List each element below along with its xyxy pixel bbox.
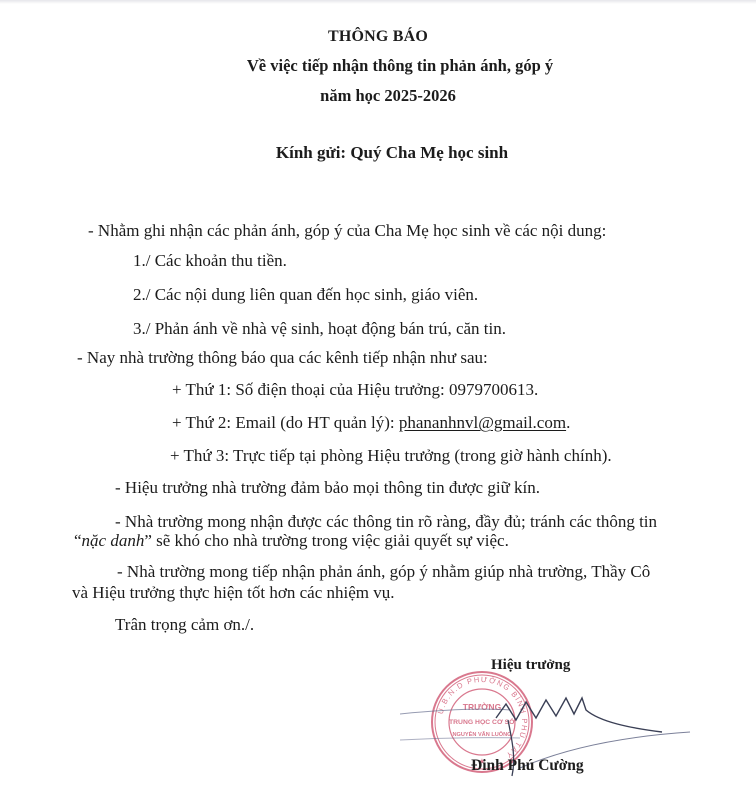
recipient-line: Kính gửi: Quý Cha Mẹ học sinh: [14, 143, 756, 163]
topic-item: 3./ Phản ánh về nhà vệ sinh, hoạt động b…: [133, 320, 506, 337]
channel-email: + Thứ 2: Email (do HT quản lý): phananhn…: [172, 414, 570, 431]
clarity-paragraph-line1: - Nhà trường mong nhận được các thông ti…: [115, 513, 657, 530]
document-title: THÔNG BÁO: [0, 28, 756, 46]
channel-phone: + Thứ 1: Số điện thoại của Hiệu trưởng: …: [172, 381, 538, 398]
clarity-rest: ” sẽ khó cho nhà trường trong việc giải …: [144, 531, 509, 550]
quote-open: “: [74, 531, 82, 550]
hope-paragraph-line2: và Hiệu trưởng thực hiện tốt hơn các nhi…: [72, 584, 395, 601]
intro-paragraph: - Nhằm ghi nhận các phản ánh, góp ý của …: [88, 222, 606, 239]
document-subtitle: Về việc tiếp nhận thông tin phản ánh, gó…: [22, 56, 756, 76]
channels-intro: - Nay nhà trường thông báo qua các kênh …: [77, 349, 488, 366]
closing-line: Trân trọng cảm ơn./.: [115, 616, 254, 633]
channel-email-period: .: [566, 413, 570, 432]
notice-document: THÔNG BÁO Về việc tiếp nhận thông tin ph…: [0, 0, 756, 795]
channel-email-label: + Thứ 2: Email (do HT quản lý):: [172, 413, 399, 432]
clarity-paragraph-line2: “nặc danh” sẽ khó cho nhà trường trong v…: [74, 532, 509, 549]
anonymous-term: nặc danh: [82, 531, 145, 550]
email-link[interactable]: phananhnvl@gmail.com: [399, 413, 566, 432]
channel-in-person: + Thứ 3: Trực tiếp tại phòng Hiệu trưởng…: [170, 447, 612, 464]
hope-paragraph-line1: - Nhà trường mong tiếp nhận phản ánh, gó…: [117, 563, 650, 580]
topic-item: 2./ Các nội dung liên quan đến học sinh,…: [133, 286, 478, 303]
school-year: năm học 2025-2026: [10, 86, 756, 106]
confidentiality-paragraph: - Hiệu trưởng nhà trường đảm bảo mọi thô…: [115, 479, 540, 496]
handwritten-signature: [400, 680, 756, 795]
topic-item: 1./ Các khoản thu tiền.: [133, 252, 287, 269]
signer-name: Đinh Phú Cường: [471, 757, 584, 775]
